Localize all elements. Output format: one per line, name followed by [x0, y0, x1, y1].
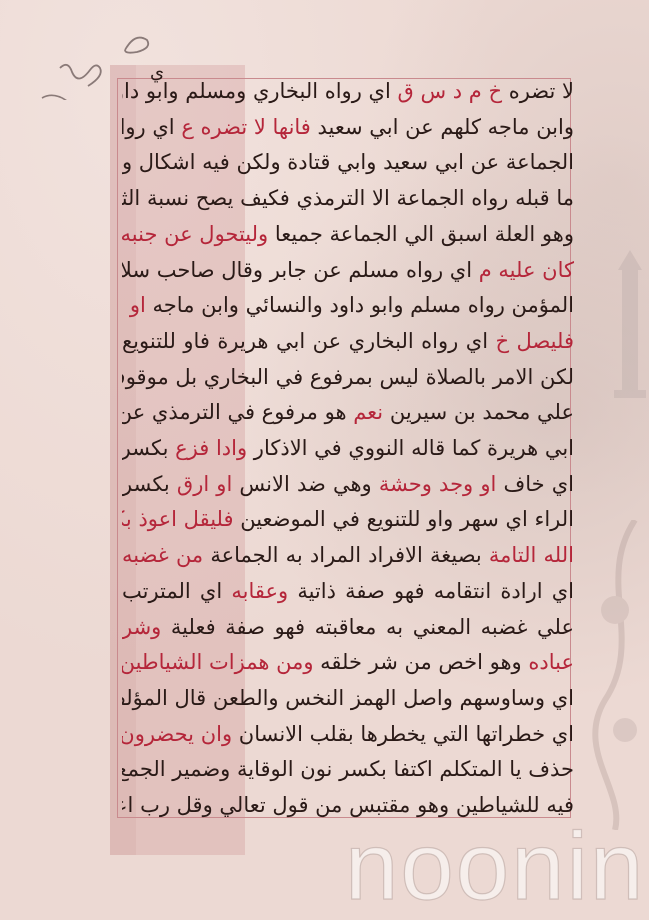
- body-text: اي المترتب: [122, 579, 231, 603]
- manuscript-line: عباده وهو اخص من شر خلقه ومن همزات الشيا…: [122, 645, 574, 679]
- rubric-text: فليصل خ: [496, 329, 574, 353]
- body-text: اي خاف: [496, 472, 574, 496]
- manuscript-line: علي غضبه المعني به معاقبته فهو صفة فعلية…: [122, 610, 574, 644]
- rubric-text: وان يحضرون: [122, 722, 232, 746]
- rubric-text: ومن همزات الشياطين: [122, 650, 313, 674]
- manuscript-line: وابن ماجه كلهم عن ابي سعيد فانها لا تضره…: [122, 110, 574, 144]
- body-text: اي خطراتها التي يخطرها بقلب الانسان: [232, 722, 574, 746]
- body-text: اي رواه: [122, 115, 181, 139]
- manuscript-line: الله التامة بصيغة الافراد المراد به الجم…: [122, 538, 574, 572]
- rubric-text: او وجد وحشة: [379, 472, 497, 496]
- body-text: المؤمن رواه مسلم وابو داود والنسائي وابن…: [146, 293, 574, 317]
- manuscript-line: فليصل خ اي رواه البخاري عن ابي هريرة فاو…: [122, 324, 574, 358]
- manuscript-line: ابي هريرة كما قاله النووي في الاذكار واد…: [122, 431, 574, 465]
- body-text: اي رواه البخاري عن ابي هريرة فاو للتنويع: [122, 329, 496, 353]
- rubric-text: كان عليه م: [479, 258, 574, 282]
- body-text: ابي هريرة كما قاله النووي في الاذكار: [247, 436, 574, 460]
- rubric-text: وادا فزع: [175, 436, 247, 460]
- body-text: هو مرفوع في الترمذي عن: [122, 400, 353, 424]
- manuscript-line: كان عليه م اي رواه مسلم عن جابر وقال صاح…: [122, 253, 574, 287]
- body-text: بكسر: [122, 472, 177, 496]
- manuscript-line: لا تضره خ م د س ق اي رواه البخاري ومسلم …: [122, 74, 574, 108]
- manuscript-line: لكن الامر بالصلاة ليس بمرفوع في البخاري …: [122, 360, 574, 394]
- body-text: لا تضره: [502, 79, 574, 103]
- body-text: بكسر الزاي: [122, 436, 175, 460]
- manuscript-line: الجماعة عن ابي سعيد وابي قتادة ولكن فيه …: [122, 145, 574, 179]
- body-text: اي رواه مسلم عن جابر وقال صاحب سلاح: [122, 258, 479, 282]
- manuscript-line: حذف يا المتكلم اكتفا بكسر نون الوقاية وض…: [122, 752, 574, 786]
- manuscript-line: وهو العلة اسبق الي الجماعة جميعا وليتحول…: [122, 217, 574, 251]
- manuscript-line: علي محمد بن سيرين نعم هو مرفوع في الترمذ…: [122, 395, 574, 429]
- body-text: اي ارادة انتقامه فهو صفة ذاتية: [288, 579, 574, 603]
- body-text: وهو العلة اسبق الي الجماعة جميعا: [268, 222, 574, 246]
- body-text: حذف يا المتكلم اكتفا بكسر نون الوقاية وض…: [122, 757, 574, 781]
- rubric-text: وليتحول عن جنبه الذي: [122, 222, 268, 246]
- watermark: noonin: [345, 812, 645, 920]
- manuscript-line: اي ارادة انتقامه فهو صفة ذاتية وعقابه اي…: [122, 574, 574, 608]
- manuscript-line: المؤمن رواه مسلم وابو داود والنسائي وابن…: [122, 288, 574, 322]
- manuscript-line: اي خاف او وجد وحشة وهي ضد الانس او ارق ب…: [122, 467, 574, 501]
- manuscript-line: اي وساوسهم واصل الهمز النخس والطعن قال ا…: [122, 681, 574, 715]
- background-lamp-decoration-icon: [610, 250, 649, 450]
- rubric-text: او ارق: [177, 472, 232, 496]
- body-text: لكن الامر بالصلاة ليس بمرفوع في البخاري …: [122, 365, 574, 389]
- background-floral-decoration-icon: [575, 520, 649, 830]
- rubric-text: نعم: [353, 400, 383, 424]
- rubric-text: من غضبه: [122, 543, 203, 567]
- body-text: بصيغة الافراد المراد به الجماعة: [203, 543, 489, 567]
- body-text: علي محمد بن سيرين: [383, 400, 574, 424]
- body-text: اي وساوسهم واصل الهمز النخس والطعن قال ا…: [122, 686, 574, 710]
- manuscript-line: الراء اي سهر واو للتنويع في الموضعين فلي…: [122, 502, 574, 536]
- rubric-text: خ م د س ق: [397, 79, 502, 103]
- rubric-text: الله التامة: [489, 543, 574, 567]
- body-text: الراء اي سهر واو للتنويع في الموضعين: [234, 507, 574, 531]
- rubric-text: فليقل اعوذ بكلمات: [122, 507, 234, 531]
- body-text: علي غضبه المعني به معاقبته فهو صفة فعلية: [161, 615, 574, 639]
- manuscript-line: اي خطراتها التي يخطرها بقلب الانسان وان …: [122, 717, 574, 751]
- body-text: وابن ماجه كلهم عن ابي سعيد: [311, 115, 574, 139]
- body-text: وهي ضد الانس: [232, 472, 379, 496]
- manuscript-line: ما قبله رواه الجماعة الا الترمذي فكيف يص…: [122, 181, 574, 215]
- rubric-text: وعقابه: [231, 579, 288, 603]
- body-text: الجماعة عن ابي سعيد وابي قتادة ولكن فيه …: [122, 150, 574, 174]
- rubric-text: فانها لا تضره ع: [181, 115, 311, 139]
- rubric-text: عباده: [528, 650, 574, 674]
- rubric-text: او ليتم: [122, 293, 146, 317]
- body-text: اي رواه البخاري ومسلم وابو داود والنسا: [122, 79, 397, 103]
- body-text: وهو اخص من شر خلقه: [313, 650, 528, 674]
- rubric-text: وشر: [122, 615, 161, 639]
- manuscript-text-block: لا تضره خ م د س ق اي رواه البخاري ومسلم …: [122, 72, 574, 842]
- body-text: ما قبله رواه الجماعة الا الترمذي فكيف يص…: [122, 186, 574, 210]
